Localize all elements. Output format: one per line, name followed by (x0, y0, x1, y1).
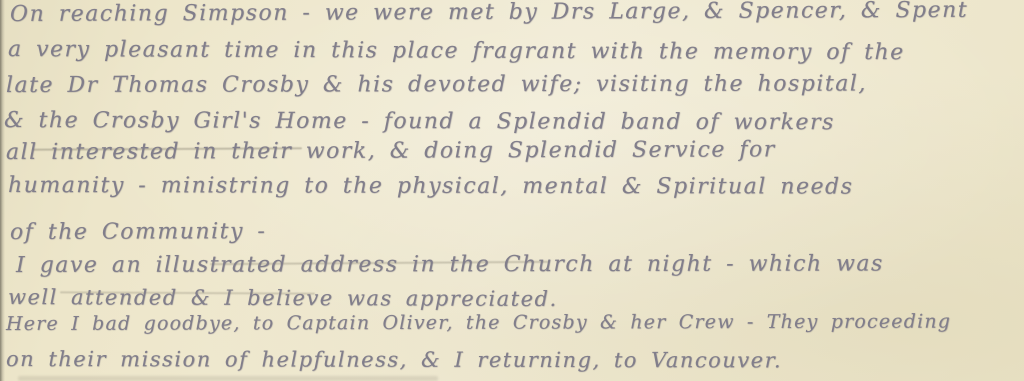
handwritten-line-3: late Dr Thomas Crosby & his devoted wife… (0, 71, 867, 98)
handwritten-line-9: well attended & I believe was appreciate… (0, 285, 558, 311)
handwritten-line-5: all interested in their work, & doing Sp… (0, 137, 776, 165)
handwritten-line-11: on their mission of helpfulness, & I ret… (0, 347, 782, 372)
handwritten-line-8: I gave an illustrated address in the Chu… (0, 251, 884, 278)
handwritten-line-4: & the Crosby Girl's Home - found a Splen… (0, 108, 835, 135)
handwritten-line-10: Here I bad goodbye, to Captain Oliver, t… (0, 311, 951, 335)
handwritten-line-6: humanity - ministring to the physical, m… (0, 173, 853, 199)
handwritten-text: On reaching Simpson - we were met by Drs… (0, 0, 1024, 381)
handwritten-line-2: a very pleasant time in this place fragr… (0, 37, 905, 65)
handwritten-line-1: On reaching Simpson - we were met by Drs… (0, 0, 968, 27)
manuscript-page: On reaching Simpson - we were met by Drs… (0, 0, 1024, 381)
handwritten-line-7: of the Community - (0, 219, 266, 245)
